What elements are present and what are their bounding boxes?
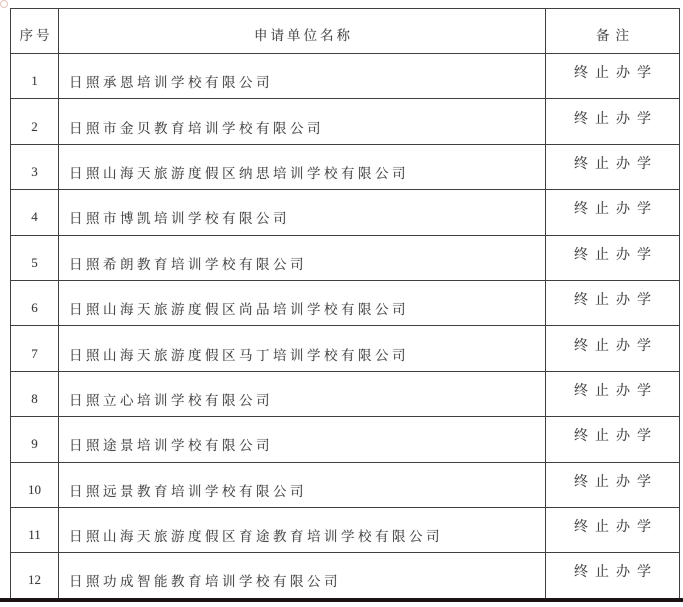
table-row: 10 日照远景教育培训学校有限公司 终止办学 [11, 462, 680, 507]
table-row: 5 日照希朗教育培训学校有限公司 终止办学 [11, 235, 680, 280]
applicant-name: 日照希朗教育培训学校有限公司 [59, 253, 545, 273]
remark: 终止办学 [546, 244, 679, 264]
applicant-name: 日照市金贝教育培训学校有限公司 [59, 117, 545, 137]
remark: 终止办学 [546, 198, 679, 218]
row-index: 8 [11, 391, 58, 407]
applicant-name: 日照承恩培训学校有限公司 [59, 71, 545, 91]
table-row: 12 日照功成智能教育培训学校有限公司 终止办学 [11, 553, 680, 598]
header-remark-label: 备注 [546, 24, 679, 44]
remark: 终止办学 [546, 62, 679, 82]
table-row: 8 日照立心培训学校有限公司 终止办学 [11, 371, 680, 416]
row-index: 7 [11, 346, 58, 362]
header-index-label: 序号 [11, 24, 58, 44]
applicant-name: 日照立心培训学校有限公司 [59, 389, 545, 409]
row-index: 12 [11, 572, 58, 588]
row-index: 9 [11, 436, 58, 452]
row-index: 4 [11, 209, 58, 225]
row-index: 2 [11, 119, 58, 135]
applicant-name: 日照山海天旅游度假区纳思培训学校有限公司 [59, 162, 545, 182]
remark: 终止办学 [546, 289, 679, 309]
row-index: 1 [11, 73, 58, 89]
header-cell-remark: 备注 [546, 9, 680, 54]
header-name-label: 申请单位名称 [59, 24, 545, 44]
bottom-rule [0, 598, 683, 602]
remark: 终止办学 [546, 153, 679, 173]
row-index: 5 [11, 255, 58, 271]
row-index: 11 [11, 527, 58, 543]
row-index: 3 [11, 164, 58, 180]
table-row: 7 日照山海天旅游度假区马丁培训学校有限公司 终止办学 [11, 326, 680, 371]
table-row: 9 日照途景培训学校有限公司 终止办学 [11, 417, 680, 462]
remark: 终止办学 [546, 380, 679, 400]
row-index: 10 [11, 482, 58, 498]
scan-artifact-corner-mark [0, 0, 8, 8]
document-page: 序号 申请单位名称 备注 1 日照承恩培训学校有限公司 终止办学 2 日照市金贝… [0, 0, 683, 607]
applicant-name: 日照山海天旅游度假区育途教育培训学校有限公司 [59, 525, 545, 545]
applicant-table: 序号 申请单位名称 备注 1 日照承恩培训学校有限公司 终止办学 2 日照市金贝… [10, 8, 680, 599]
applicant-name: 日照途景培训学校有限公司 [59, 434, 545, 454]
remark: 终止办学 [546, 108, 679, 128]
table-row: 11 日照山海天旅游度假区育途教育培训学校有限公司 终止办学 [11, 507, 680, 552]
remark: 终止办学 [546, 561, 679, 581]
table-row: 4 日照市博凯培训学校有限公司 终止办学 [11, 190, 680, 235]
remark: 终止办学 [546, 471, 679, 491]
remark: 终止办学 [546, 516, 679, 536]
remark: 终止办学 [546, 425, 679, 445]
remark: 终止办学 [546, 335, 679, 355]
table-row: 1 日照承恩培训学校有限公司 终止办学 [11, 54, 680, 99]
table-row: 2 日照市金贝教育培训学校有限公司 终止办学 [11, 99, 680, 144]
applicant-name: 日照功成智能教育培训学校有限公司 [59, 570, 545, 590]
applicant-name: 日照山海天旅游度假区尚品培训学校有限公司 [59, 298, 545, 318]
applicant-name: 日照市博凯培训学校有限公司 [59, 207, 545, 227]
table-row: 3 日照山海天旅游度假区纳思培训学校有限公司 终止办学 [11, 144, 680, 189]
applicant-name: 日照远景教育培训学校有限公司 [59, 480, 545, 500]
header-cell-name: 申请单位名称 [59, 9, 546, 54]
header-cell-index: 序号 [11, 9, 59, 54]
table-row: 6 日照山海天旅游度假区尚品培训学校有限公司 终止办学 [11, 280, 680, 325]
applicant-name: 日照山海天旅游度假区马丁培训学校有限公司 [59, 344, 545, 364]
table-header-row: 序号 申请单位名称 备注 [11, 9, 680, 54]
row-index: 6 [11, 300, 58, 316]
